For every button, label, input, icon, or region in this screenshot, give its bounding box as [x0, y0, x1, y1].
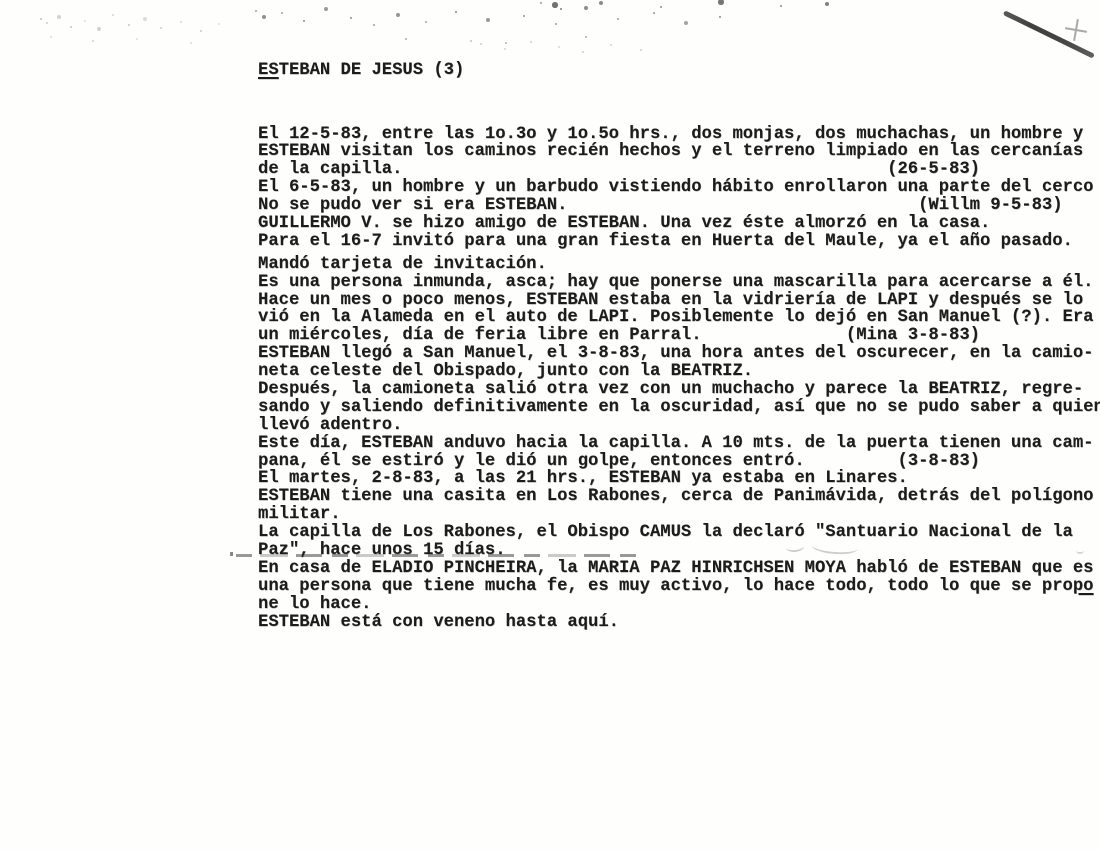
text-line: Después, la camioneta salió otra vez con… — [258, 381, 1100, 399]
page-title: ESTEBAN DE JESUS (3) — [258, 62, 1100, 80]
smudge-line — [236, 554, 641, 557]
text-line: El martes, 2-8-83, a las 21 hrs., ESTEBA… — [258, 470, 1100, 488]
text-line: Para el 16-7 invitó para una gran fiesta… — [258, 233, 1100, 251]
text-line: ne lo hace. — [258, 596, 1100, 614]
text-line: Es una persona inmunda, asca; hay que po… — [258, 274, 1100, 292]
text-line: Paz", hace unos 15 días. — [258, 542, 1100, 560]
text-line: llevó adentro. — [258, 417, 1100, 435]
text-line: ESTEBAN tiene una casita en Los Rabones,… — [258, 488, 1100, 506]
text-line: una persona que tiene mucha fe, es muy a… — [258, 578, 1100, 596]
text-line: GUILLERMO V. se hizo amigo de ESTEBAN. U… — [258, 215, 1100, 233]
text-line: ESTEBAN visitan los caminos recién hecho… — [258, 143, 1100, 161]
text-line: Este día, ESTEBAN anduvo hacia la capill… — [258, 435, 1100, 453]
text-line: militar. — [258, 506, 1100, 524]
paragraph: Mandó tarjeta de invitación.Es una perso… — [258, 256, 1100, 632]
scan-noise — [255, 10, 257, 12]
pencil-scribble — [1076, 548, 1084, 554]
document-text: ESTEBAN DE JESUS (3) El 12-5-83, entre l… — [258, 26, 1100, 667]
text-line: Hace un mes o poco menos, ESTEBAN estaba… — [258, 292, 1100, 310]
paragraph: El 12-5-83, entre las 1o.3o y 1o.5o hrs.… — [258, 126, 1100, 251]
text-line: ESTEBAN llegó a San Manuel, el 3-8-83, u… — [258, 345, 1100, 363]
text-line: La capilla de Los Rabones, el Obispo CAM… — [258, 524, 1100, 542]
text-line: No se pudo ver si era ESTEBAN. (Willm 9-… — [258, 197, 1100, 215]
scanned-page: ESTEBAN DE JESUS (3) El 12-5-83, entre l… — [0, 0, 1100, 850]
smudge-mark — [230, 552, 233, 556]
scan-noise — [540, 2, 542, 4]
text-line: El 6-5-83, un hombre y un barbudo vistie… — [258, 179, 1100, 197]
text-line: Mandó tarjeta de invitación. — [258, 256, 1100, 274]
page-title-rest: TEBAN DE JESUS (3) — [279, 61, 465, 80]
text-line: pana, él se estiró y le dió un golpe, en… — [258, 453, 1100, 471]
text-line: En casa de ELADIO PINCHEIRA, la MARIA PA… — [258, 560, 1100, 578]
text-line: El 12-5-83, entre las 1o.3o y 1o.5o hrs.… — [258, 126, 1100, 144]
text-line: vió en la Alameda en el auto de LAPI. Po… — [258, 309, 1100, 327]
scan-noise — [40, 18, 42, 20]
text-line: neta celeste del Obispado, junto con la … — [258, 363, 1100, 381]
text-line: de la capilla. (26-5-83) — [258, 161, 1100, 179]
text-line: ESTEBAN está con veneno hasta aquí. — [258, 614, 1100, 632]
text-line: sando y saliendo definitivamente en la o… — [258, 399, 1100, 417]
text-line: un miércoles, día de feria libre en Parr… — [258, 327, 1100, 345]
page-title-underlined: ES — [258, 61, 279, 80]
